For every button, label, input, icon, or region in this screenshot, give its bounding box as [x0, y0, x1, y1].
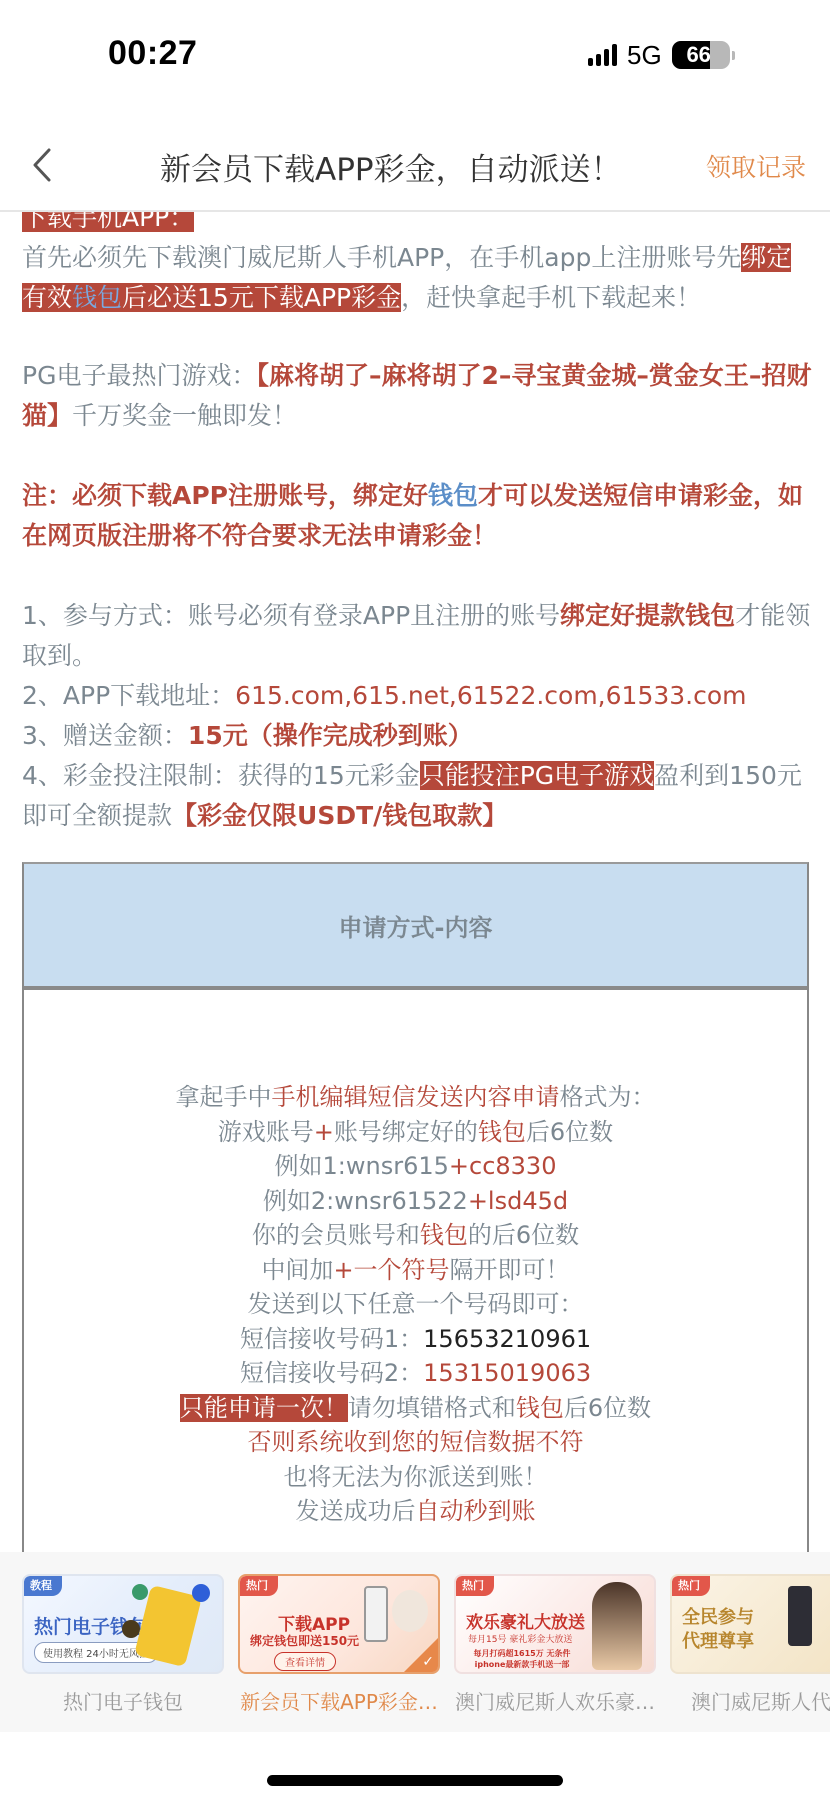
rule-2-label: 2、APP下载地址： — [22, 681, 235, 710]
claim-records-link[interactable]: 领取记录 — [706, 148, 806, 184]
table-line: 你的会员账号和钱包的后6位数 — [24, 1218, 807, 1253]
games-section: PG电子最热门游戏：【麻将胡了–麻将胡了2–寻宝黄金城–赏金女王–招财猫】千万奖… — [22, 356, 812, 436]
intro-section: 下载手机APP： 首先必须先下载澳门威尼斯人手机APP，在手机app上注册账号先… — [22, 212, 812, 318]
intro-line: 首先必须先下载澳门威尼斯人手机APP，在手机app上注册账号先 — [22, 243, 741, 272]
promo-carousel: 教程 热门电子钱包 使用教程 24小时无风控 热门电子钱包 热门 下载APP 绑… — [0, 1552, 830, 1732]
phone-graphic — [364, 1586, 388, 1642]
network-type: 5G — [627, 40, 662, 71]
promo-card-wallet[interactable]: 教程 热门电子钱包 使用教程 24小时无风控 热门电子钱包 — [22, 1574, 224, 1715]
rules-section: 1、参与方式：账号必须有登录APP且注册的账号绑定好提款钱包才能领取到。 2、A… — [22, 596, 812, 836]
promo-card-app-bonus[interactable]: 热门 下载APP 绑定钱包即送150元 查看详情 ✓ 新会员下载APP彩金… — [238, 1574, 440, 1715]
wallet-link[interactable]: 钱包 — [428, 481, 478, 510]
home-indicator[interactable] — [267, 1775, 563, 1786]
status-indicators: 5G 66 — [588, 40, 735, 70]
tag-badge: 教程 — [24, 1576, 62, 1596]
promo-card-agent[interactable]: 热门 全民参与 代理尊享 澳门威尼斯人代理 — [670, 1574, 830, 1715]
card-caption: 新会员下载APP彩金… — [237, 1686, 442, 1715]
tag-badge: 热门 — [672, 1576, 710, 1596]
intro-tail: ，赶快拿起手机下载起来！ — [401, 283, 701, 312]
games-label: PG电子最热门游戏： — [22, 361, 256, 390]
table-header: 申请方式-内容 — [24, 864, 807, 990]
promo-banner-image: 教程 热门电子钱包 使用教程 24小时无风控 — [22, 1574, 224, 1674]
back-button[interactable] — [22, 142, 62, 188]
promo-banner-image: 热门 下载APP 绑定钱包即送150元 查看详情 ✓ — [238, 1574, 440, 1674]
battery-percent: 66 — [672, 41, 726, 69]
tag-badge: 热门 — [456, 1576, 494, 1596]
sms-number-2: 短信接收号码2：15315019063 — [24, 1356, 807, 1391]
banner-headline: 全民参与 代理尊享 — [682, 1606, 762, 1654]
table-line: 中间加+一个符号隔开即可！ — [24, 1253, 807, 1288]
wallet-link[interactable]: 钱包 — [72, 283, 122, 312]
signal-icon — [588, 44, 617, 66]
card-caption: 澳门威尼斯人欢乐豪… — [453, 1686, 658, 1715]
table-line: 发送成功后自动秒到账 — [24, 1494, 807, 1529]
table-line: 否则系统收到您的短信数据不符 — [24, 1425, 807, 1460]
phone-number-2[interactable]: 15315019063 — [423, 1359, 591, 1387]
tag-badge: 热门 — [240, 1576, 278, 1596]
bonus-amount: 15元（操作完成秒到账） — [188, 721, 473, 750]
rule-3-label: 3、赠送金额： — [22, 721, 188, 750]
table-line: 例如1:wnsr615+cc8330 — [24, 1149, 807, 1184]
phone-prize-graphic — [788, 1586, 812, 1646]
table-line: 也将无法为你派送到账！ — [24, 1460, 807, 1495]
rule-1-highlight: 绑定好提款钱包 — [560, 601, 735, 630]
games-tail: 千万奖金一触即发！ — [72, 401, 297, 430]
view-details-button: 查看详情 — [274, 1652, 336, 1671]
download-urls[interactable]: 615.com,615.net,61522.com,61533.com — [235, 681, 746, 710]
nav-bar: 新会员下载APP彩金，自动派送！ 领取记录 — [0, 120, 830, 212]
table-line: 例如2:wnsr61522+lsd45d — [24, 1184, 807, 1219]
tiger-mascot — [392, 1590, 428, 1632]
coin-icon — [192, 1584, 210, 1602]
table-line: 游戏账号+账号绑定好的钱包后6位数 — [24, 1115, 807, 1150]
phone-number-1[interactable]: 15653210961 — [423, 1325, 591, 1353]
intro-heading: 下载手机APP： — [22, 212, 194, 232]
rule-4-label: 4、彩金投注限制：获得的15元彩金 — [22, 761, 420, 790]
promo-banner-image: 热门 欢乐豪礼大放送 每月15号 豪礼彩金大放送 每月打码超1615万 无条件i… — [454, 1574, 656, 1674]
card-caption: 澳门威尼斯人代理 — [669, 1686, 830, 1715]
table-body: 拿起手中手机编辑短信发送内容申请格式为： 游戏账号+账号绑定好的钱包后6位数 例… — [24, 990, 807, 1529]
table-line: 只能申请一次！请勿填错格式和钱包后6位数 — [24, 1391, 807, 1426]
status-time: 00:27 — [108, 34, 197, 73]
banner-sub-2: 每月打码超1615万 无条件iphone最新款手机送一部 — [466, 1648, 578, 1670]
promo-card-gifts[interactable]: 热门 欢乐豪礼大放送 每月15号 豪礼彩金大放送 每月打码超1615万 无条件i… — [454, 1574, 656, 1715]
rule-4-note: 【彩金仅限USDT/钱包取款】 — [172, 801, 507, 830]
intro-hl-text-2: 后必送15元下载APP彩金 — [122, 283, 401, 312]
rule-1-label: 1、参与方式：账号必须有登录APP且注册的账号 — [22, 601, 560, 630]
coin-icon — [132, 1584, 148, 1600]
chevron-left-icon — [31, 147, 53, 183]
note-text: 注：必须下载APP注册账号，绑定好 — [22, 481, 428, 510]
application-table: 申请方式-内容 拿起手中手机编辑短信发送内容申请格式为： 游戏账号+账号绑定好的… — [22, 862, 809, 1552]
article-content: 下载手机APP： 首先必须先下载澳门威尼斯人手机APP，在手机app上注册账号先… — [0, 212, 830, 1552]
card-caption: 热门电子钱包 — [21, 1686, 226, 1715]
table-line: 发送到以下任意一个号码即可： — [24, 1287, 807, 1322]
battery-icon: 66 — [672, 41, 730, 69]
note-section: 注：必须下载APP注册账号，绑定好钱包才可以发送短信申请彩金，如在网页版注册将不… — [22, 476, 812, 556]
page-title: 新会员下载APP彩金，自动派送！ — [160, 144, 622, 189]
sms-number-1: 短信接收号码1：15653210961 — [24, 1322, 807, 1357]
table-line: 拿起手中手机编辑短信发送内容申请格式为： — [24, 1080, 807, 1115]
banner-headline: 欢乐豪礼大放送 — [466, 1608, 585, 1633]
model-graphic — [592, 1582, 642, 1670]
status-bar: 00:27 5G 66 — [0, 0, 830, 110]
promo-banner-image: 热门 全民参与 代理尊享 — [670, 1574, 830, 1674]
banner-sub: 每月15号 豪礼彩金大放送 — [468, 1632, 572, 1645]
battery-tip — [732, 51, 735, 60]
banner-sub: 绑定钱包即送150元 — [250, 1632, 359, 1649]
coin-icon — [122, 1620, 140, 1638]
check-icon: ✓ — [422, 1654, 434, 1670]
rule-4-highlight: 只能投注PG电子游戏 — [420, 761, 654, 790]
